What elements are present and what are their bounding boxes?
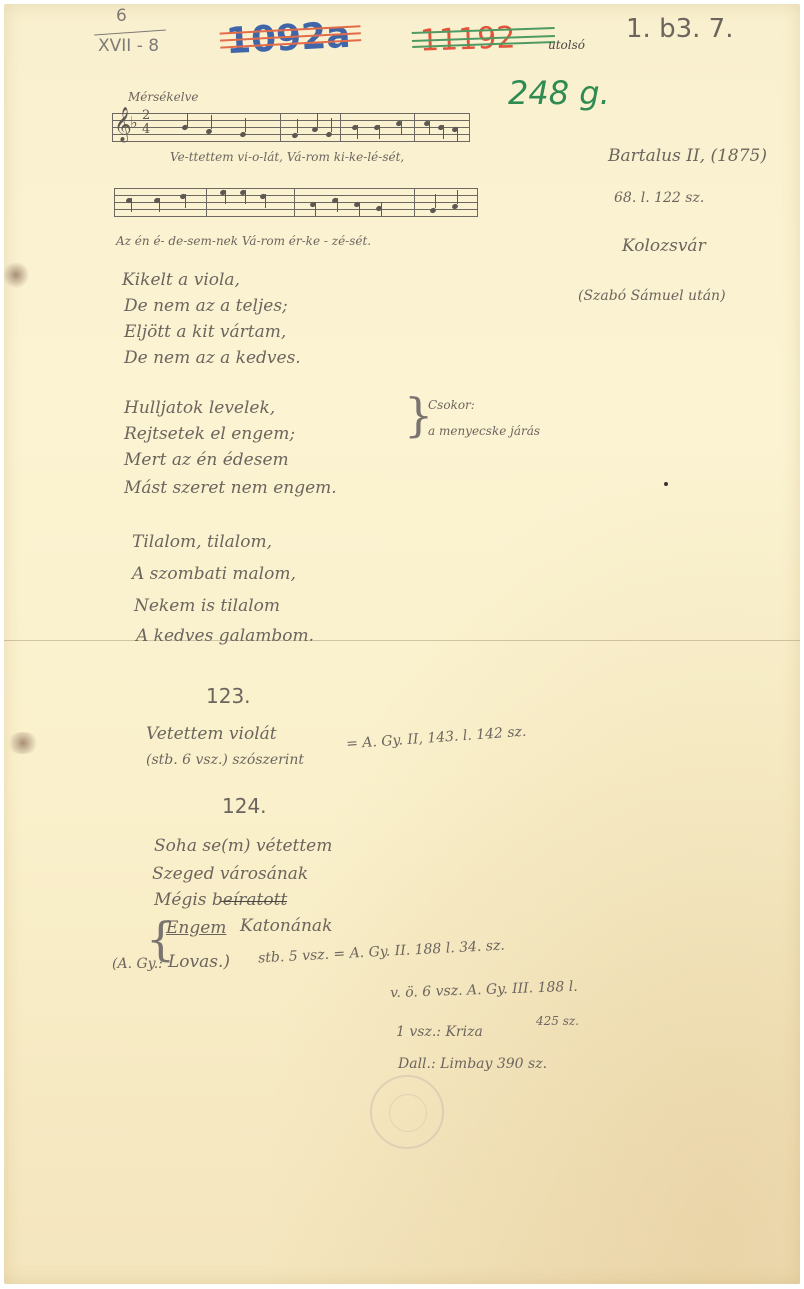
verse-1-line-4: De nem az a kedves.	[124, 348, 301, 368]
catalog-number-suffix: utolsó	[548, 38, 585, 52]
song-124-ref-3: 1 vsz.: Kriza	[396, 1024, 483, 1040]
song-124-ref-3-sup: 425 sz.	[536, 1014, 579, 1028]
shelfmark-denominator: XVII - 8	[98, 36, 159, 56]
paper-fold-line	[4, 640, 800, 641]
source-collector: (Szabó Sámuel után)	[578, 288, 726, 304]
page-count-green: 248 g.	[508, 74, 610, 112]
source-page-ref: 68. l. 122 sz.	[614, 190, 704, 206]
tempo-marking: Mérsékelve	[128, 90, 198, 104]
verse-2-line-2: Rejtsetek el engem;	[124, 424, 295, 444]
top-right-code: 1. b3. 7.	[626, 14, 733, 44]
catalog-number-red: 11192	[419, 20, 516, 58]
lyrics-line-1: Ve-ttettem vi-o-lát, Vá-rom ki-ke-lé-sét…	[170, 150, 404, 164]
catalog-number-blue: 1092a	[225, 15, 351, 62]
library-stamp-icon	[370, 1075, 444, 1149]
time-signature: 24	[142, 109, 150, 137]
song-124-line-3: Mégis beíratott	[154, 890, 287, 910]
verse-3-line-4: A kedves galambom.	[136, 626, 314, 646]
ink-dot	[664, 482, 668, 486]
song-124-brace-top-rest: Katonának	[240, 916, 332, 936]
verse-3-line-3: Nekem is tilalom	[134, 596, 280, 616]
song-124-brace-prefix: (A. Gy.:	[112, 956, 163, 972]
stain-mark	[2, 262, 30, 288]
verse-3-line-1: Tilalom, tilalom,	[132, 532, 272, 552]
song-124-ref-4: Dall.: Limbay 390 sz.	[398, 1056, 547, 1072]
lyrics-line-2: Az én é- de-sem-nek Vá-rom ér-ke - zé-sé…	[116, 234, 371, 248]
song-124-brace-top: Engem	[166, 918, 226, 938]
verse-3-line-2: A szombati malom,	[132, 564, 296, 584]
flat-sign-icon: ♭	[130, 113, 138, 132]
source-bartalus: Bartalus II, (1875)	[608, 146, 767, 166]
verse-2-line-1: Hulljatok levelek,	[124, 398, 275, 418]
side-note-line-1: Csokor:	[428, 398, 475, 412]
song-number-123: 123.	[206, 684, 251, 708]
song-124-brace-bottom: Lovas.)	[168, 952, 230, 972]
verse-1-line-1: Kikelt a viola,	[122, 270, 240, 290]
side-note-line-2: a menyecske járás	[428, 424, 540, 438]
song-123-title: Vetettem violát	[146, 724, 277, 744]
song-124-line-2: Szeged városának	[152, 864, 308, 884]
shelfmark-numerator: 6	[116, 6, 127, 26]
verse-1-line-3: Eljött a kit vártam,	[124, 322, 286, 342]
song-number-124: 124.	[222, 794, 267, 818]
song-123-note: (stb. 6 vsz.) szószerint	[146, 752, 304, 768]
source-location: Kolozsvár	[622, 236, 706, 256]
music-staff-1: 𝄞 ♭ 24	[112, 113, 470, 141]
music-staff-2	[114, 188, 478, 216]
verse-2-line-4: Mást szeret nem engem.	[124, 478, 337, 498]
stain-mark	[6, 732, 40, 754]
verse-1-line-2: De nem az a teljes;	[124, 296, 288, 316]
verse-2-line-3: Mert az én édesem	[124, 450, 289, 470]
song-124-line-1: Soha se(m) vétettem	[154, 836, 332, 856]
